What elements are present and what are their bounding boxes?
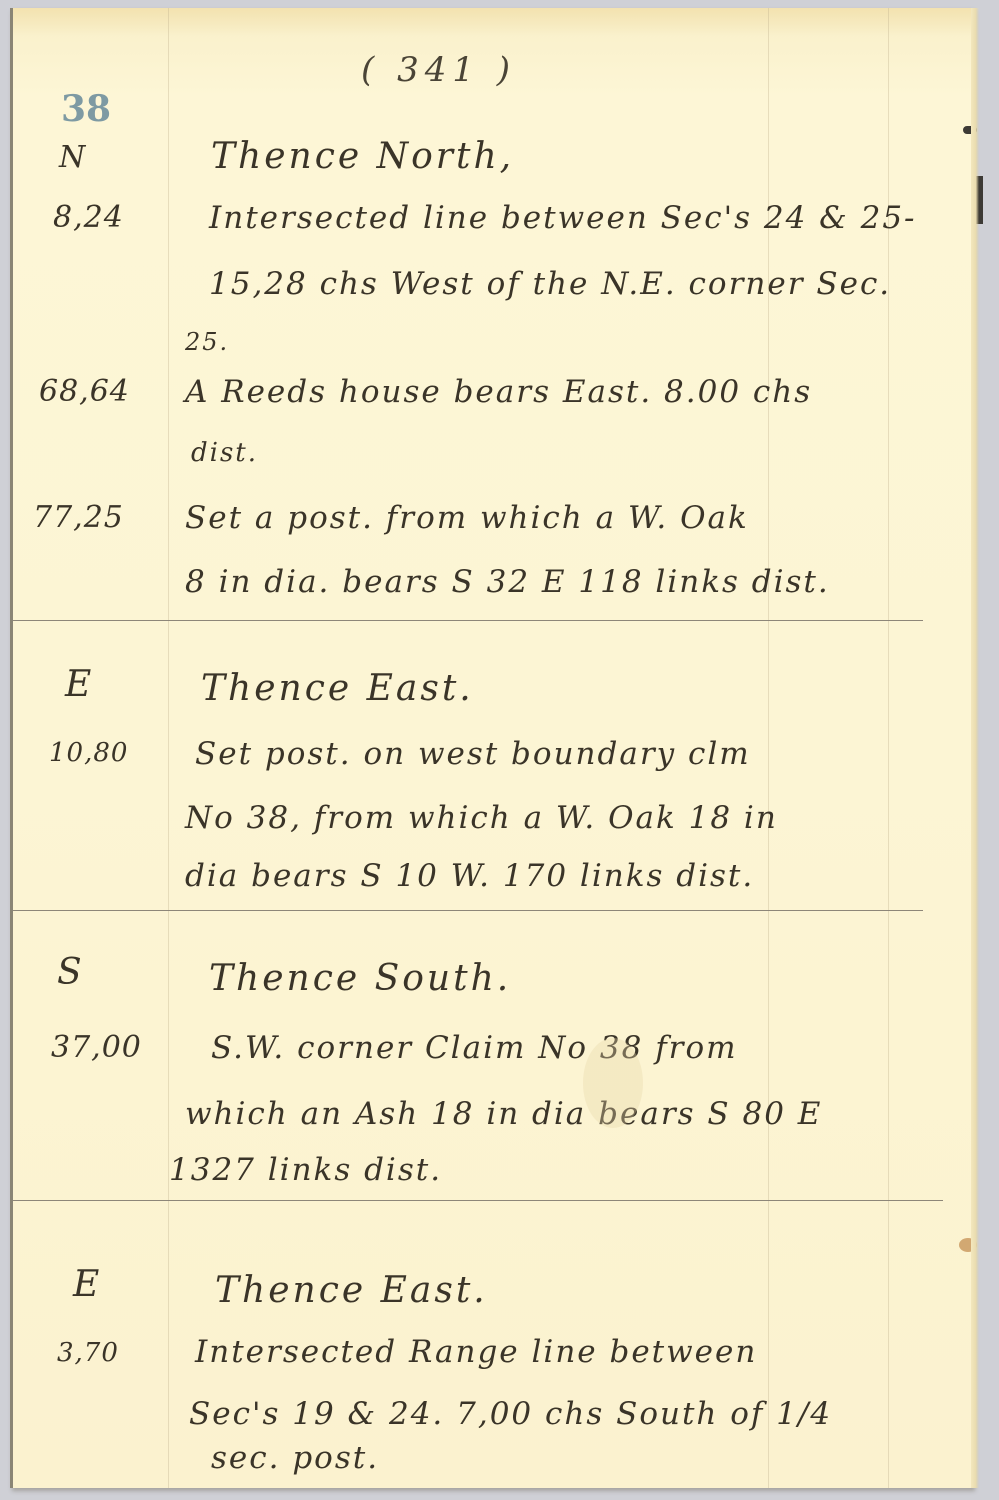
page-number: ( 341 ) [361,50,516,90]
section-heading: Thence East. [215,1270,488,1311]
stamped-number: 38 [61,88,111,130]
binding-mark [976,176,983,224]
entry-line: Sec's 19 & 24. 7,00 chs South of 1/4 [189,1396,832,1432]
direction-label: E [73,1264,100,1305]
entry-line: Intersected Range line between [195,1334,757,1370]
entry-line: No 38, from which a W. Oak 18 in [185,800,778,836]
section-divider [13,1200,943,1201]
entry-line: Set a post. from which a W. Oak [185,500,749,536]
direction-label: S [57,952,83,993]
section-heading: Thence East. [201,668,474,709]
direction-label: E [65,664,92,705]
entry-line: 15,28 chs West of the N.E. corner Sec. [209,266,891,302]
entry-distance: 77,25 [33,500,124,535]
notebook-page: ( 341 ) 38 N Thence North, 8,24 Intersec… [10,8,973,1488]
entry-line: 1327 links dist. [169,1152,442,1188]
entry-distance: 10,80 [49,738,128,768]
entry-line: S.W. corner Claim No 38 from [211,1030,738,1066]
entry-distance: 68,64 [39,374,130,409]
paper-stain [959,1238,977,1252]
direction-label: N [59,140,86,175]
section-divider [13,910,923,911]
paper-stain [583,1038,643,1128]
entry-line: 25. [185,328,229,356]
entry-distance: 37,00 [51,1030,142,1065]
entry-line: sec. post. [211,1440,379,1476]
page-top-band [13,8,973,36]
entry-line: dist. [191,438,258,468]
entry-line: Intersected line between Sec's 24 & 25- [209,200,917,236]
entry-distance: 3,70 [57,1338,119,1368]
entry-line: which an Ash 18 in dia bears S 80 E [185,1096,822,1132]
entry-line: Set post. on west boundary clm [195,736,751,772]
entry-line: 8 in dia. bears S 32 E 118 links dist. [185,564,830,600]
margin-rule [168,8,169,1488]
section-heading: Thence North, [211,136,514,177]
entry-distance: 8,24 [53,200,124,235]
binding-mark [963,126,977,134]
section-divider [13,620,923,621]
section-heading: Thence South. [209,958,511,999]
entry-line: A Reeds house bears East. 8.00 chs [185,374,812,410]
entry-line: dia bears S 10 W. 170 links dist. [185,858,754,894]
scan-frame: ( 341 ) 38 N Thence North, 8,24 Intersec… [0,0,999,1500]
